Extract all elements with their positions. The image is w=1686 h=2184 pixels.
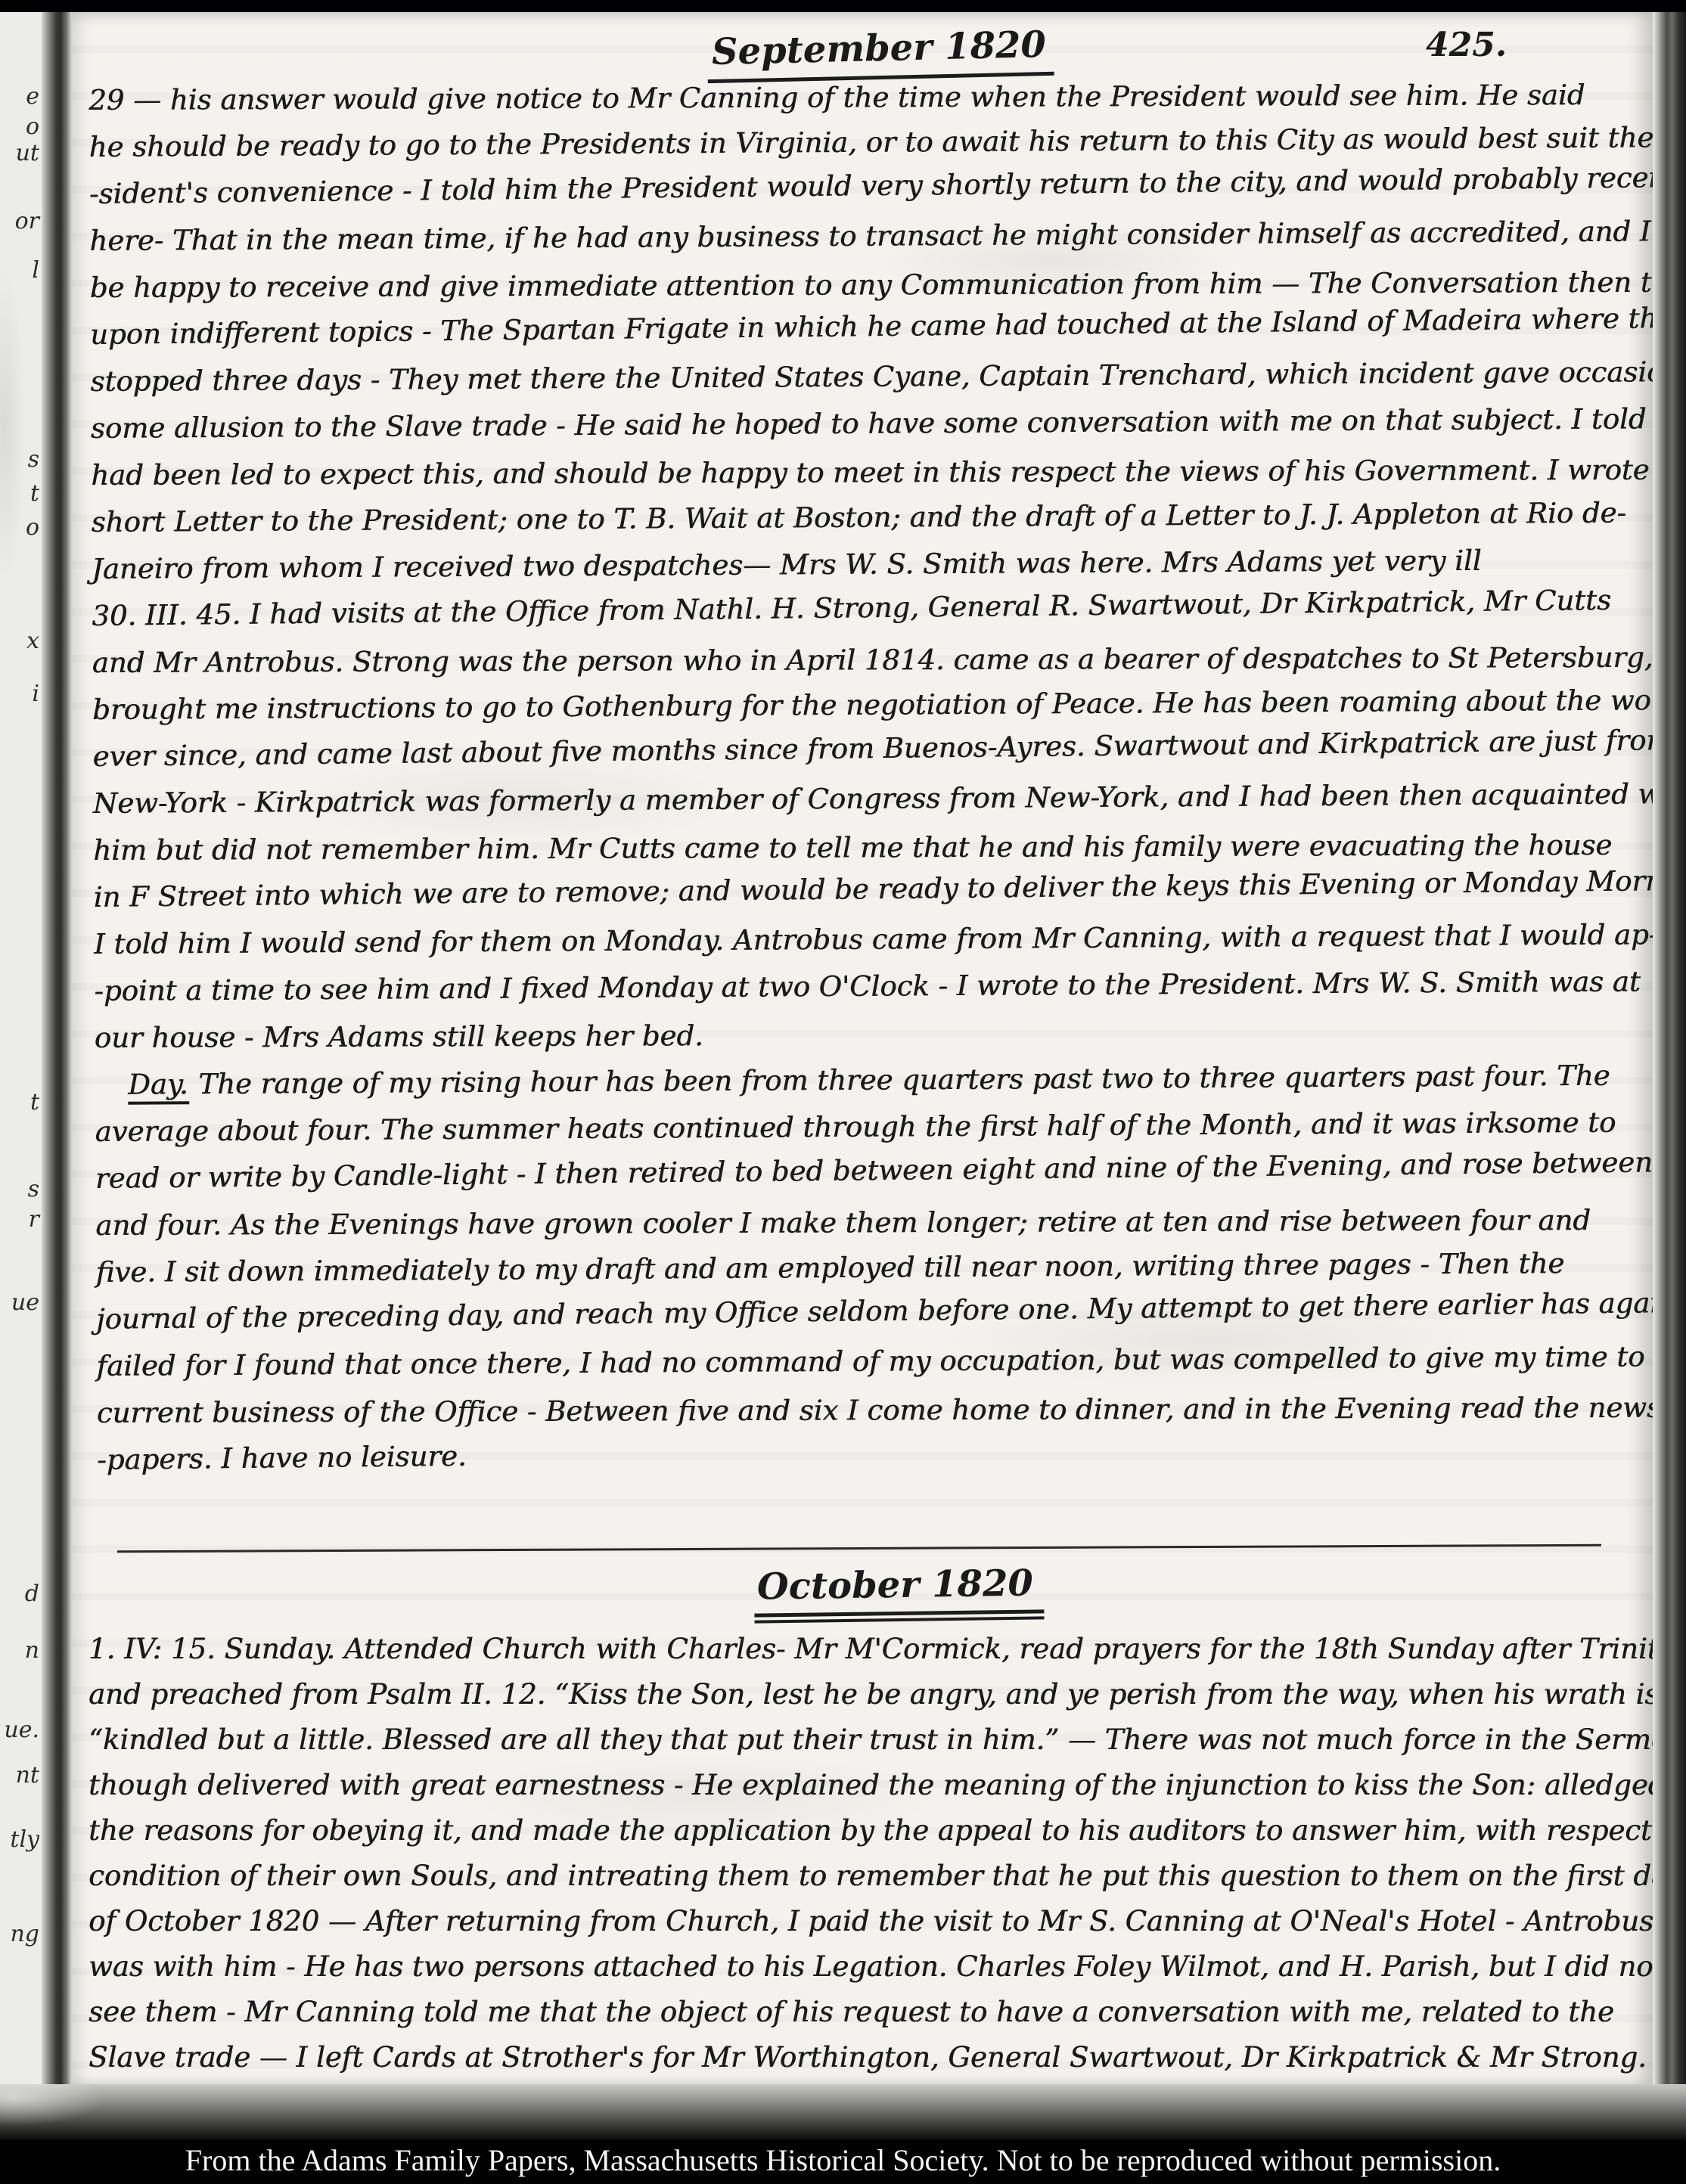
archive-caption: From the Adams Family Papers, Massachuse… bbox=[0, 2140, 1686, 2181]
manuscript-line: though delivered with great earnestness … bbox=[88, 1764, 1639, 1809]
page-number: 425. bbox=[1426, 26, 1507, 64]
october-header: October 1820 bbox=[753, 1562, 1044, 1623]
page-right-edge bbox=[1653, 12, 1686, 2084]
facing-page-text-fragment: s bbox=[28, 1176, 39, 1202]
manuscript-line: some allusion to the Slave trade - He sa… bbox=[91, 397, 1641, 454]
facing-page-text-fragment: s bbox=[28, 446, 39, 473]
facing-page-text-fragment: o bbox=[26, 113, 39, 140]
facing-page-text-fragment: ue. bbox=[4, 1717, 39, 1743]
facing-page-text-fragment: e bbox=[26, 83, 39, 110]
manuscript-line: the reasons for obeying it, and made the… bbox=[88, 1809, 1639, 1854]
manuscript-line: -point a time to see him and I fixed Mon… bbox=[94, 960, 1644, 1016]
facing-page-text-fragment: d bbox=[25, 1581, 39, 1607]
manuscript-line: failed for I found that once there, I ha… bbox=[96, 1335, 1647, 1391]
facing-page-text-fragment: nt bbox=[16, 1762, 39, 1788]
manuscript-line: “kindled but a little. Blessed are all t… bbox=[88, 1718, 1639, 1764]
facing-page-text-fragment: x bbox=[26, 628, 39, 654]
october-entries: 1. IV: 15. Sunday. Attended Church with … bbox=[88, 1627, 1639, 2081]
facing-page-text-fragment: t bbox=[30, 1089, 39, 1115]
scan-border-top bbox=[0, 0, 1686, 12]
facing-page-text-fragment: n bbox=[25, 1637, 39, 1664]
facing-page-text-fragment: i bbox=[32, 681, 39, 707]
manuscript-line: Slave trade — I left Cards at Strother's… bbox=[88, 2036, 1639, 2081]
facing-page-text-fragment: ut bbox=[16, 140, 39, 166]
manuscript-line: of October 1820 — After returning from C… bbox=[88, 1900, 1639, 1945]
manuscript-line: 1. IV: 15. Sunday. Attended Church with … bbox=[88, 1627, 1639, 1673]
manuscript-line: New-York - Kirkpatrick was formerly a me… bbox=[93, 772, 1644, 829]
footer-band: From the Adams Family Papers, Massachuse… bbox=[0, 2140, 1686, 2184]
manuscript-line: see them - Mr Canning told me that the o… bbox=[88, 1990, 1639, 2036]
facing-page-text-fragment: tly bbox=[10, 1826, 39, 1853]
manuscript-line: and four. As the Evenings have grown coo… bbox=[95, 1199, 1646, 1251]
manuscript-line: and Mr Antrobus. Strong was the person w… bbox=[92, 636, 1643, 688]
book-gutter bbox=[42, 12, 72, 2084]
facing-page-text-fragment: ue bbox=[11, 1289, 39, 1316]
manuscript-line: 29 — his answer would give notice to Mr … bbox=[88, 73, 1639, 126]
manuscript-line: had been led to expect this, and should … bbox=[91, 448, 1641, 501]
facing-page-text-fragment: o bbox=[26, 514, 39, 541]
facing-page-text-fragment: or bbox=[15, 208, 39, 234]
facing-page-edge: eoutorlstoxitsruednue.nttlyng bbox=[0, 12, 42, 2084]
manuscript-scan: eoutorlstoxitsruednue.nttlyng September … bbox=[0, 0, 1686, 2184]
facing-page-text-fragment: ng bbox=[10, 1921, 39, 1947]
section-divider-rule bbox=[117, 1544, 1601, 1553]
facing-page-text-fragment: r bbox=[29, 1206, 39, 1233]
manuscript-line: condition of their own Souls, and intrea… bbox=[88, 1854, 1639, 1900]
facing-page-text-fragment: l bbox=[32, 257, 39, 284]
october-header-title: October 1820 bbox=[753, 1562, 1044, 1617]
manuscript-line: was with him - He has two persons attach… bbox=[88, 1945, 1639, 1990]
september-entries: 29 — his answer would give notice to Mr … bbox=[88, 69, 1647, 1484]
manuscript-line: our house - Mrs Adams still keeps her be… bbox=[95, 1011, 1645, 1063]
scan-bottom-shadow bbox=[0, 2084, 1686, 2143]
manuscript-line: and preached from Psalm II. 12. “Kiss th… bbox=[88, 1673, 1639, 1718]
manuscript-page: September 1820 425. 29 — his answer woul… bbox=[72, 12, 1653, 2087]
manuscript-line: here- That in the mean time, if he had a… bbox=[89, 209, 1640, 266]
facing-page-text-fragment: t bbox=[30, 480, 39, 507]
